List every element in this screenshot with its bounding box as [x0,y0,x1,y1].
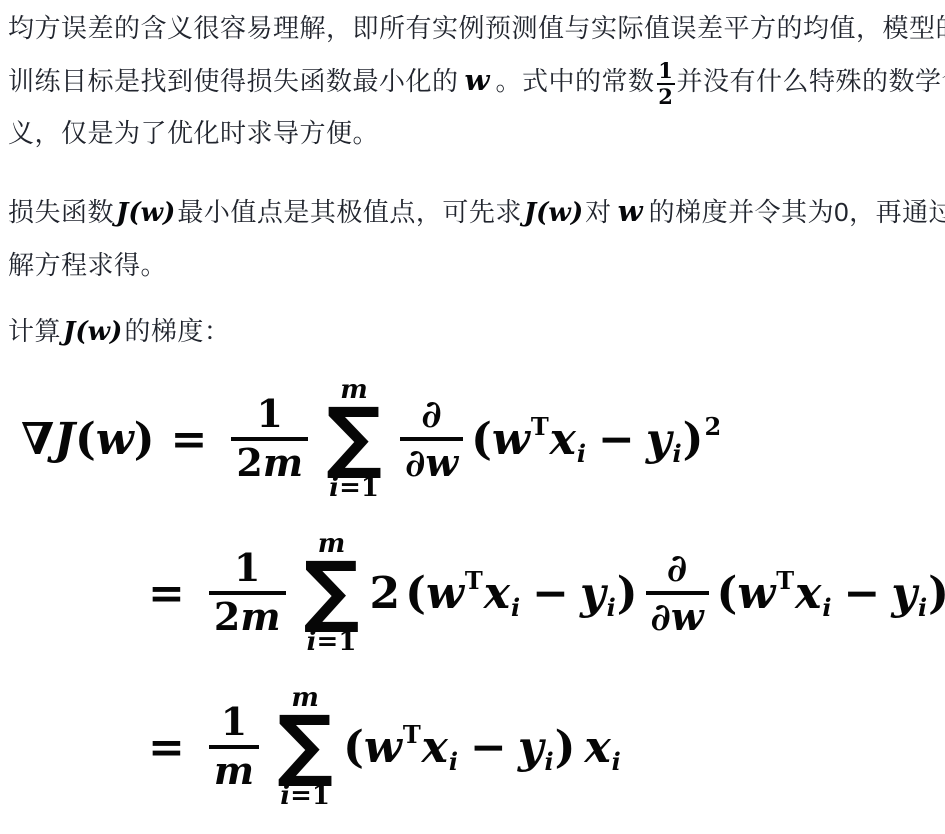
text-run: 解方程求得。 [8,250,167,280]
math-glyph: ∇ [21,414,54,465]
math-glyph: i [544,747,553,776]
summation-lower-limit: i=1 [280,783,330,809]
math-glyph: = [339,473,361,503]
summation: m∑i=1 [277,685,333,808]
math-glyph: y [518,722,544,773]
math-glyph: T [531,412,549,441]
math-glyph: i [672,439,681,468]
paragraph-line: 解方程求得。 [8,239,937,291]
math-glyph: m [263,440,303,485]
math-glyph: − [598,414,635,465]
math-glyph: w [737,568,775,619]
math-glyph: − [843,568,880,619]
math-glyph: w [426,568,464,619]
math-glyph: T [465,566,483,595]
math-glyph: y [580,568,606,619]
math-glyph: 1 [234,545,260,590]
fraction-numerator: 1 [229,549,265,588]
fraction-denominator: 2 [658,86,673,108]
sigma-symbol: ∑ [277,712,333,779]
math-glyph: i [612,747,621,776]
text-run: 计算 [8,316,61,346]
math-expression: (wTxi−yi) [717,568,945,619]
math-glyph: m [214,748,254,793]
text-run: 义，仅是为了优化时求导方便。 [8,118,379,148]
math-glyph: ( [405,568,426,619]
summation: m∑i=1 [326,377,382,500]
math-glyph: ) [928,568,945,619]
fraction: 12m [209,549,286,637]
math-expression: ∇J(w) [21,414,155,465]
inline-fraction-one-half: 12 [657,68,675,102]
inline-math-Jw: J(w) [522,198,585,228]
text-run: 均方误差的含义很容易理解，即所有实例预测值与实际值误差平方的均值，模型的 [8,13,945,43]
math-glyph: y [646,414,672,465]
math-glyph: w [492,414,530,465]
math-glyph: ( [717,568,738,619]
math-glyph: ∂ [405,440,425,485]
math-glyph: i [329,473,339,503]
fraction-denominator: ∂w [400,444,463,483]
math-glyph: x [795,568,821,619]
math-glyph: 1 [338,627,356,657]
math-glyph: ∂ [651,594,671,639]
paragraph-line: 均方误差的含义很容易理解，即所有实例预测值与实际值误差平方的均值，模型的 [8,2,937,54]
math-expression: (wTxi−yi)xi [343,722,622,773]
paragraph-compute-gradient-label: 计算J(w)的梯度： [8,305,937,358]
text-run: 的梯度： [124,316,230,346]
text-run: 最小值点是其极值点，可先求 [177,197,522,227]
math-expression: 2(wTxi−yi) [370,568,638,619]
math-glyph: 2 [214,594,240,639]
text-run: 并没有什么特殊的数学含 [677,66,945,96]
paragraph-extremum-explanation: 损失函数J(w)最小值点是其极值点，可先求J(w)对w的梯度并令其为0，再通过 … [8,185,937,291]
sigma-symbol: ∑ [304,558,360,625]
text-run: 。式中的常数 [495,66,654,96]
math-glyph: − [532,568,569,619]
math-glyph: 2 [704,412,721,441]
inline-math-w: w [459,63,496,97]
paragraph-line: 损失函数J(w)最小值点是其极值点，可先求J(w)对w的梯度并令其为0，再通过 [8,185,937,239]
math-glyph: J [54,414,75,465]
paragraph-line: 计算J(w)的梯度： [8,305,937,358]
fraction: ∂∂w [400,395,463,483]
math-glyph: 1 [312,781,330,811]
math-glyph: T [403,720,421,749]
paragraph-line: 义，仅是为了优化时求导方便。 [8,107,937,159]
simplified-result-line: =1mm∑i=1(wTxi−yi)xi [8,672,937,822]
math-glyph: x [550,414,576,465]
math-glyph: ( [471,414,492,465]
paragraph-mse-explanation: 均方误差的含义很容易理解，即所有实例预测值与实际值误差平方的均值，模型的 训练目… [8,2,937,159]
math-expression: (wTxi−yi)2 [471,414,722,465]
inline-math-w: w [612,194,649,228]
math-glyph: y [891,568,917,619]
fraction-numerator: 1 [658,60,673,82]
math-glyph: i [607,593,616,622]
math-glyph: = [290,781,312,811]
text-run: 的梯度并令其为0，再通过 [649,197,945,227]
math-glyph: ) [617,568,638,619]
fraction-denominator: ∂w [646,598,709,637]
math-glyph: ( [343,722,364,773]
fraction: 1m [209,703,259,791]
math-glyph: 1 [221,699,247,744]
math-glyph: ) [555,722,576,773]
summation-lower-limit: i=1 [307,629,357,655]
math-glyph: i [822,593,831,622]
math-glyph: 2 [370,568,401,619]
fraction-numerator: 1 [252,395,288,434]
math-glyph: w [671,594,704,639]
math-glyph: i [307,627,317,657]
sigma-symbol: ∑ [326,404,382,471]
math-glyph: x [422,722,448,773]
fraction: ∂∂w [646,549,709,637]
summation: m∑i=1 [304,531,360,654]
math-glyph: 1 [257,391,283,436]
math-glyph: i [280,781,290,811]
summation-lower-limit: i=1 [329,475,379,501]
math-glyph: 1 [361,473,379,503]
math-glyph: i [918,593,927,622]
gradient-derivation-formula: ∇J(w)=12mm∑i=1∂∂w(wTxi−yi)2=12mm∑i=12(wT… [8,364,937,822]
math-glyph: ∂ [667,545,687,590]
fraction-numerator: ∂ [416,395,446,434]
math-glyph: = [317,627,339,657]
math-glyph: i [577,439,586,468]
fraction-numerator: 1 [216,703,252,742]
math-glyph: − [470,722,507,773]
math-glyph: x [484,568,510,619]
fraction: 12m [231,395,308,483]
equals-sign: = [171,414,208,465]
equals-sign: = [148,722,185,773]
math-glyph: ) [134,414,155,465]
chain-rule-line: =12mm∑i=12(wTxi−yi)∂∂w(wTxi−yi) [8,518,937,668]
math-glyph: x [584,722,610,773]
text-run: 对 [585,197,612,227]
document-page: 均方误差的含义很容易理解，即所有实例预测值与实际值误差平方的均值，模型的 训练目… [0,0,945,834]
math-glyph: w [96,414,134,465]
math-glyph: 2 [236,440,262,485]
math-glyph: T [776,566,794,595]
math-glyph: m [240,594,280,639]
math-glyph: i [449,747,458,776]
fraction-denominator: 2m [209,598,286,637]
math-glyph: w [425,440,458,485]
inline-math-Jw: J(w) [61,317,124,347]
paragraph-line: 训练目标是找到使得损失函数最小化的w。式中的常数12并没有什么特殊的数学含 [8,54,937,107]
math-glyph: w [364,722,402,773]
inline-math-Jw: J(w) [114,198,177,228]
math-glyph: ∂ [421,391,441,436]
fraction-numerator: ∂ [662,549,692,588]
math-glyph: ( [75,414,96,465]
math-glyph: i [511,593,520,622]
fraction-denominator: m [209,752,259,791]
gradient-definition-line: ∇J(w)=12mm∑i=1∂∂w(wTxi−yi)2 [8,364,937,514]
math-glyph: ) [683,414,704,465]
text-run: 训练目标是找到使得损失函数最小化的 [8,66,459,96]
fraction-denominator: 2m [231,444,308,483]
text-run: 损失函数 [8,197,114,227]
equals-sign: = [148,568,185,619]
